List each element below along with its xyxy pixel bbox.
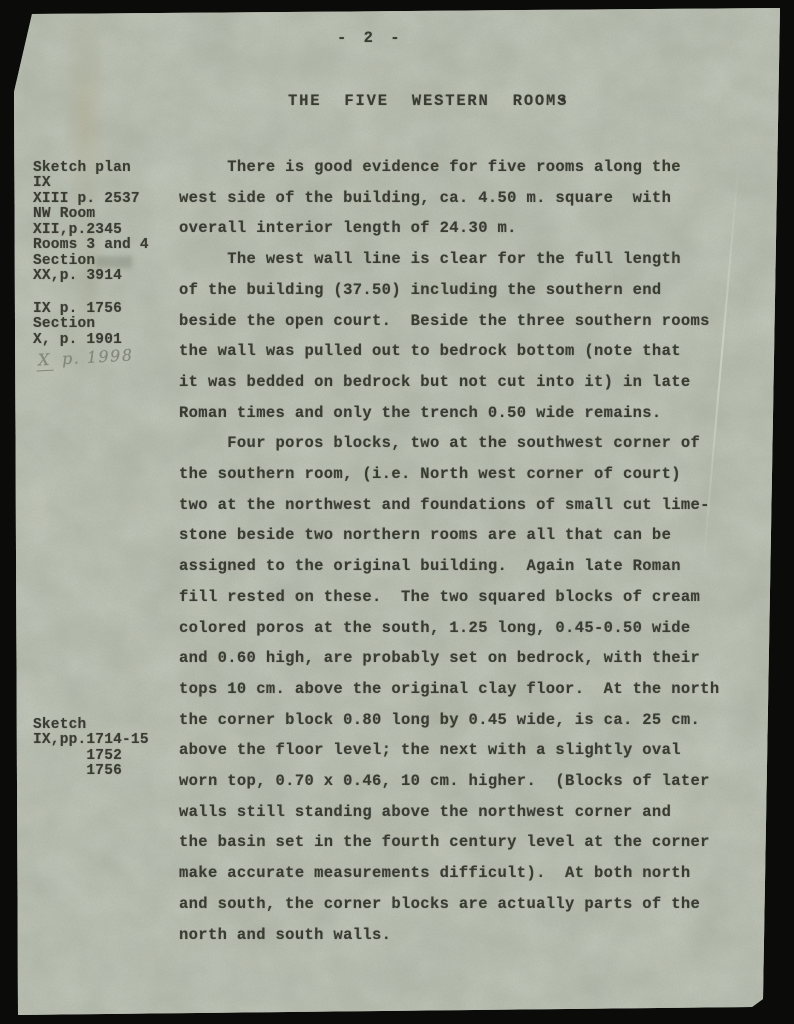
- handwritten-volume-ref: X: [36, 350, 54, 372]
- body-text-line: fill rested on these. The two squared bl…: [179, 582, 719, 613]
- body-text-line: The west wall line is clear for the full…: [179, 244, 719, 275]
- body-text-line: overall interior length of 24.30 m.: [179, 213, 719, 244]
- document-page: - 2 - THE FIVE WESTERN ROOMS Sketch plan…: [10, 4, 788, 1018]
- page-title: THE FIVE WESTERN ROOMS: [288, 92, 568, 110]
- body-text-line: beside the open court. Beside the three …: [179, 306, 719, 337]
- body-text-line: north and south walls.: [179, 920, 719, 951]
- body-text-line: the wall was pulled out to bedrock botto…: [179, 336, 719, 367]
- scan-background: - 2 - THE FIVE WESTERN ROOMS Sketch plan…: [0, 0, 794, 1024]
- margin-note-line: 1756: [33, 764, 149, 779]
- body-text-line: Four poros blocks, two at the southwest …: [179, 428, 719, 459]
- body-text-line: and 0.60 high, are probably set on bedro…: [179, 643, 719, 674]
- body-text: There is good evidence for five rooms al…: [179, 152, 719, 950]
- page-number: - 2 -: [337, 29, 402, 47]
- margin-note-line: XII,p.2345: [33, 223, 149, 238]
- body-text-line: tops 10 cm. above the original clay floo…: [179, 674, 719, 705]
- body-text-line: worn top, 0.70 x 0.46, 10 cm. higher. (B…: [179, 766, 719, 797]
- body-text-line: the basin set in the fourth century leve…: [179, 827, 719, 858]
- body-text-line: two at the northwest and foundations of …: [179, 490, 719, 521]
- body-text-line: colored poros at the south, 1.25 long, 0…: [179, 613, 719, 644]
- body-text-line: assigned to the original building. Again…: [179, 551, 719, 582]
- handwritten-page-ref: p. 1998: [61, 345, 134, 368]
- margin-notes-upper: Sketch planIXXIII p. 2537NW RoomXII,p.23…: [33, 161, 149, 285]
- margin-note-line: Section: [33, 254, 149, 269]
- margin-note-line: XX,p. 3914: [33, 269, 149, 284]
- body-text-line: the southern room, (i.e. North west corn…: [179, 459, 719, 490]
- body-text-line: Roman times and only the trench 0.50 wid…: [179, 398, 719, 429]
- margin-note-line: Rooms 3 and 4: [33, 238, 149, 253]
- body-text-line: make accurate measurements difficult). A…: [179, 858, 719, 889]
- body-text-line: walls still standing above the northwest…: [179, 797, 719, 828]
- margin-notes-lower: SketchIX,pp.1714-15 1752 1756: [33, 718, 149, 780]
- body-text-line: and south, the corner blocks are actuall…: [179, 889, 719, 920]
- margin-note-line: NW Room: [33, 207, 149, 222]
- body-text-line: of the building (37.50) including the so…: [179, 275, 719, 306]
- margin-note-line: Section: [33, 317, 122, 332]
- margin-note-line: IX: [33, 176, 149, 191]
- body-text-line: above the floor level; the next with a s…: [179, 735, 719, 766]
- body-text-line: west side of the building, ca. 4.50 m. s…: [179, 183, 719, 214]
- body-text-line: There is good evidence for five rooms al…: [179, 152, 719, 183]
- body-text-line: it was bedded on bedrock but not cut int…: [179, 367, 719, 398]
- body-text-line: the corner block 0.80 long by 0.45 wide,…: [179, 705, 719, 736]
- margin-note-line: IX,pp.1714-15: [33, 733, 149, 748]
- body-text-line: stone beside two northern rooms are all …: [179, 520, 719, 551]
- margin-notes-middle: IX p. 1756SectionX, p. 1901: [33, 302, 122, 348]
